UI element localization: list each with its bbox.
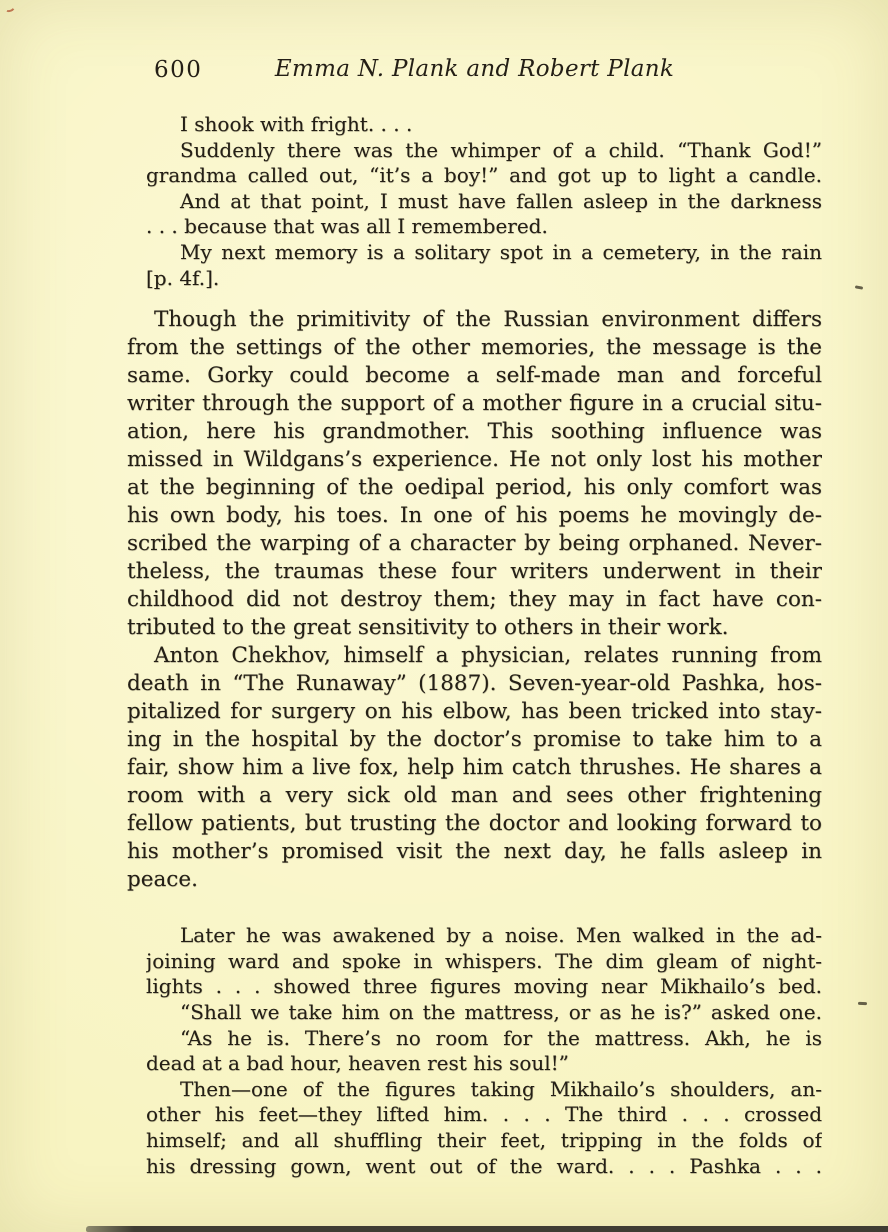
text-line: fellow patients, but trusting the doctor… [127,810,822,838]
text-line: dead at a bad hour, heaven rest his soul… [146,1051,822,1077]
text-line: ing in the hospital by the doctor’s prom… [127,726,822,754]
text-line: peace. [127,866,822,894]
blockquote-gorky-memory: I shook with fright. . . .Suddenly there… [146,112,822,291]
text-line: fair, show him a live fox, help him catc… [127,754,822,782]
text-line: his dressing gown, went out of the ward.… [146,1154,822,1180]
text-line: his own body, his toes. In one of his po… [127,502,822,530]
text-line: . . . because that was all I remembered. [146,214,822,240]
scan-edge-strip [86,1226,888,1232]
text-line: tributed to the great sensitivity to oth… [127,614,822,642]
text-line: grandma called out, “it’s a boy!” and go… [146,163,822,189]
text-line: his mother’s promised visit the next day… [127,838,822,866]
page-header: 600 Emma N. Plank and Robert Plank [127,56,822,86]
text-line: [p. 4f.]. [146,266,822,292]
scan-speck [855,285,863,289]
running-head: Emma N. Plank and Robert Plank [127,56,822,82]
text-line: other his feet—they lifted him. . . . Th… [146,1102,822,1128]
text-line: And at that point, I must have fallen as… [146,189,822,215]
book-page: 600 Emma N. Plank and Robert Plank I sho… [0,0,888,1232]
text-line: “Shall we take him on the mattress, or a… [146,1000,822,1026]
text-line: same. Gorky could become a self-made man… [127,362,822,390]
text-line: at the beginning of the oedipal period, … [127,474,822,502]
paragraph-chekhov-intro: Anton Chekhov, himself a physician, rela… [127,642,822,894]
page-number: 600 [154,57,202,83]
text-line: from the settings of the other memories,… [127,334,822,362]
text-line: lights . . . showed three figures moving… [146,974,822,1000]
text-line: My next memory is a solitary spot in a c… [146,240,822,266]
text-line: missed in Wildgans’s experience. He not … [127,446,822,474]
text-line: theless, the traumas these four writers … [127,558,822,586]
text-line: Then—one of the figures taking Mikhailo’… [146,1077,822,1103]
text-line: joining ward and spoke in whispers. The … [146,949,822,975]
text-line: death in “The Runaway” (1887). Seven-yea… [127,670,822,698]
text-line: ation, here his grandmother. This soothi… [127,418,822,446]
text-line: writer through the support of a mother f… [127,390,822,418]
text-line: Suddenly there was the whimper of a chil… [146,138,822,164]
text-line: pitalized for surgery on his elbow, has … [127,698,822,726]
text-line: I shook with fright. . . . [146,112,822,138]
text-line: himself; and all shuffling their feet, t… [146,1128,822,1154]
text-line: Later he was awakened by a noise. Men wa… [146,923,822,949]
text-line: scribed the warping of a character by be… [127,530,822,558]
paragraph-discussion: Though the primitivity of the Russian en… [127,306,822,642]
text-line: Though the primitivity of the Russian en… [127,306,822,334]
scan-speck [858,1002,867,1005]
text-line: “As he is. There’s no room for the mattr… [146,1026,822,1052]
blockquote-chekhov-runaway: Later he was awakened by a noise. Men wa… [146,923,822,1179]
text-line: childhood did not destroy them; they may… [127,586,822,614]
text-column: 600 Emma N. Plank and Robert Plank I sho… [127,56,822,1179]
text-line: Anton Chekhov, himself a physician, rela… [127,642,822,670]
scan-mark-red [3,2,16,14]
text-line: room with a very sick old man and sees o… [127,782,822,810]
